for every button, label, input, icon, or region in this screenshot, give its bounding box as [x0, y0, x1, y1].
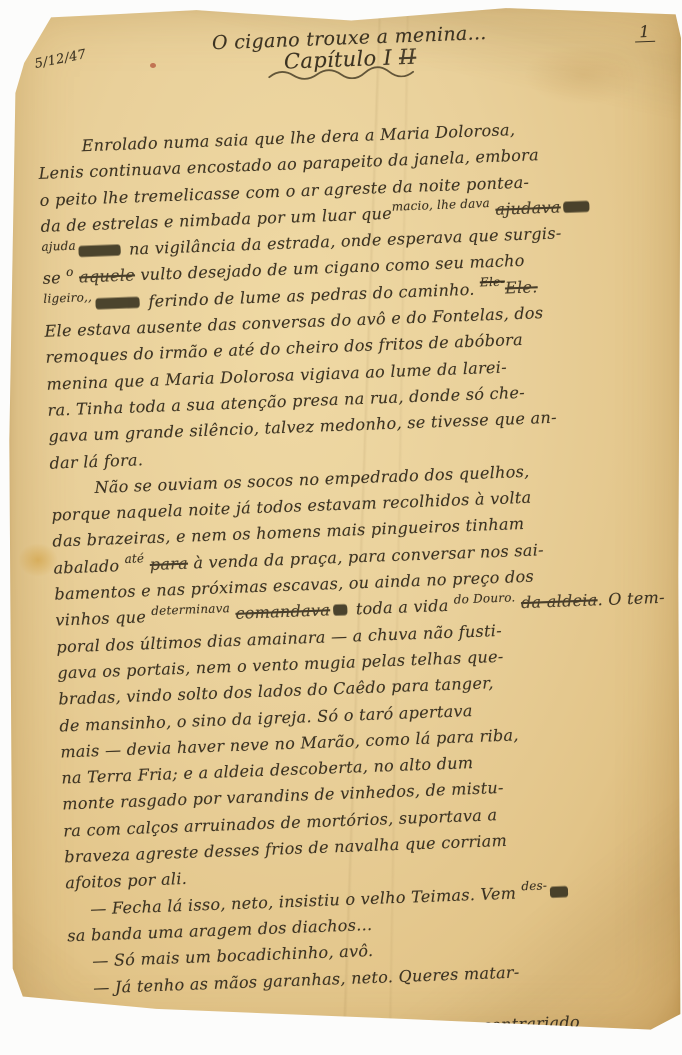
struck-word: para [149, 553, 188, 573]
handwritten-text: -me? [70, 1004, 111, 1024]
struck-word: comandava [235, 601, 330, 624]
inserted-word: do Douro. [453, 584, 516, 613]
handwritten-text: abalado [53, 556, 125, 578]
handwritten-text: afoitos por ali. [65, 869, 187, 893]
struck-word: da aldeia [521, 591, 598, 613]
handwritten-text: — Não, avô. — E Lenis voltou-se para den… [95, 1012, 580, 1049]
manuscript-lines: Enrolado numa saia que lhe dera a Maria … [37, 111, 682, 1054]
handwritten-text: dar lá fora. [49, 450, 143, 473]
chapter-label: Capítulo I [284, 46, 393, 74]
ink-blot [333, 605, 348, 615]
title-block: O cigano trouxe a menina... Capítulo I I… [34, 15, 667, 91]
struck-chapter-numeral: II [399, 45, 417, 70]
inserted-word: des- [521, 873, 548, 900]
struck-word: Ele. [505, 277, 538, 297]
struck-insertion: Ele- [479, 269, 505, 296]
handwritten-text: toda a vida [350, 596, 454, 619]
handwritten-content: 5/12/47 O cigano trouxe a menina... Capí… [34, 25, 682, 1054]
inserted-word: até [124, 546, 145, 573]
inserted-word: macio, lhe dava [391, 190, 490, 220]
ink-blot [79, 245, 121, 256]
ink-blot [564, 201, 590, 212]
page-number: 1 [634, 22, 655, 43]
struck-word: ajudava [495, 197, 561, 218]
ink-blot [550, 886, 568, 897]
handwritten-text: . O tem- [597, 588, 665, 610]
page-header: 5/12/47 O cigano trouxe a menina... Capí… [34, 25, 667, 123]
handwritten-text: vinhos que [55, 607, 152, 630]
manuscript-page: 5/12/47 O cigano trouxe a menina... Capí… [8, 5, 681, 1041]
inserted-word: ajuda [41, 232, 76, 260]
inserted-word: o [66, 259, 74, 286]
photo-background: 5/12/47 O cigano trouxe a menina... Capí… [0, 0, 682, 1055]
ink-blot [95, 297, 140, 309]
inserted-word: ligeiro,, [43, 284, 93, 312]
inserted-word: determinava [151, 595, 231, 624]
